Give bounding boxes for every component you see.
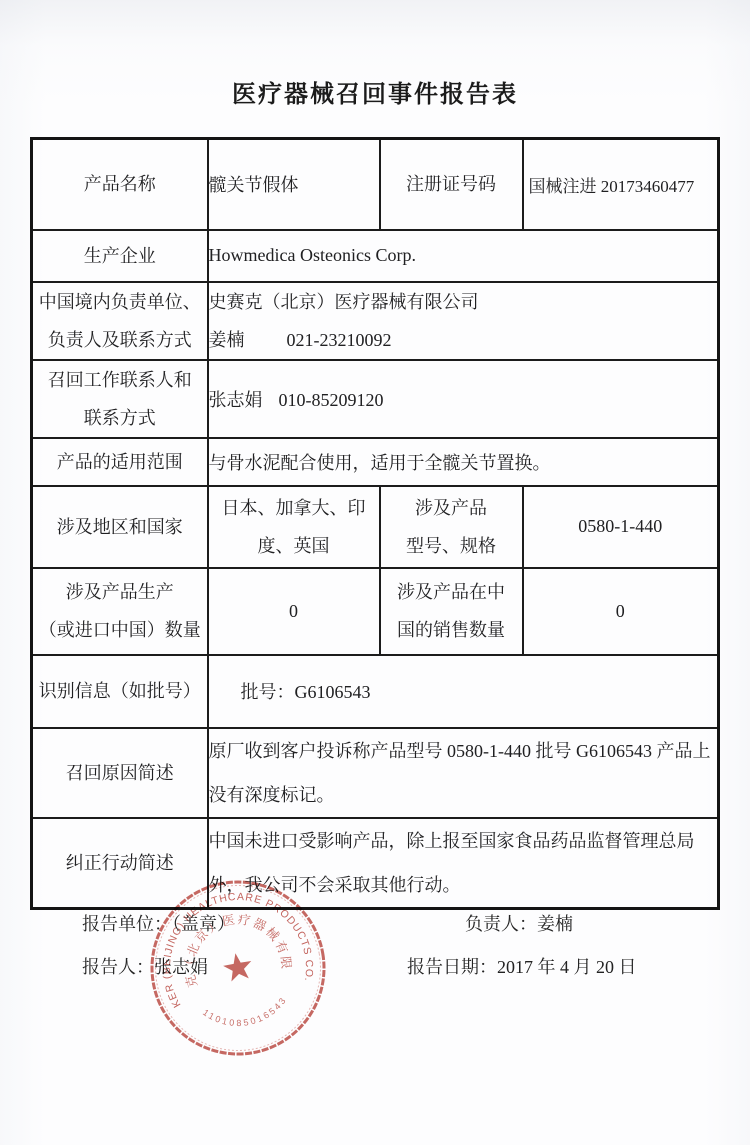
- page-title: 医疗器械召回事件报告表: [0, 74, 750, 109]
- row-recall-reason: 召回原因简述 原厂收到客户投诉称产品型号 0580-1-440 批号 G6106…: [32, 728, 719, 818]
- cell-label-registration-number: 注册证号码: [380, 139, 523, 230]
- cell-value-identification: 批号：G6106543: [208, 655, 719, 728]
- row-applicable-scope: 产品的适用范围 与骨水泥配合使用，适用于全髋关节置换。: [32, 438, 719, 486]
- cell-value-regions: 日本、加拿大、印 度、英国: [208, 486, 380, 568]
- company-seal-stamp: STRYKER (BEIJING) HEALTHCARE PRODUCTS CO…: [146, 876, 330, 1060]
- cell-value-recall-reason: 原厂收到客户投诉称产品型号 0580-1-440 批号 G6106543 产品上…: [208, 728, 719, 818]
- cell-label-identification: 识别信息（如批号）: [32, 655, 208, 728]
- seal-star-icon: [221, 951, 254, 983]
- cell-value-applicable-scope: 与骨水泥配合使用，适用于全髋关节置换。: [208, 438, 719, 486]
- cell-value-recall-contact: 张志娟010-85209120: [208, 360, 719, 438]
- seal-english-text: STRYKER (BEIJING) HEALTHCARE PRODUCTS CO…: [146, 876, 319, 1014]
- cell-label-model-spec: 涉及产品 型号、规格: [380, 486, 523, 568]
- cell-label-china-responsible: 中国境内负责单位、 负责人及联系方式: [32, 282, 208, 360]
- row-quantities: 涉及产品生产 （或进口中国）数量 0 涉及产品在中 国的销售数量 0: [32, 568, 719, 655]
- scanned-report-page: 医疗器械召回事件报告表 产品名称 髋关节假体 注册证号码 国械注进 201734…: [0, 0, 750, 1145]
- cell-label-applicable-scope: 产品的适用范围: [32, 438, 208, 486]
- cell-label-manufacturer: 生产企业: [32, 230, 208, 282]
- cell-label-regions: 涉及地区和国家: [32, 486, 208, 568]
- cell-label-production-quantity: 涉及产品生产 （或进口中国）数量: [32, 568, 208, 655]
- footer-responsible-person: 负责人：姜楠: [465, 910, 573, 936]
- footer-report-date: 报告日期：2017 年 4 月 20 日: [407, 953, 637, 979]
- row-manufacturer: 生产企业 Howmedica Osteonics Corp.: [32, 230, 719, 282]
- cell-label-product-name: 产品名称: [32, 139, 208, 230]
- responsible-contact: 姜楠021-23210092: [209, 321, 718, 359]
- cell-value-registration-number: 国械注进 20173460477: [523, 139, 719, 230]
- cell-value-china-sales-quantity: 0: [523, 568, 719, 655]
- cell-label-china-sales-quantity: 涉及产品在中 国的销售数量: [380, 568, 523, 655]
- report-table: 产品名称 髋关节假体 注册证号码 国械注进 20173460477 生产企业 H…: [30, 137, 720, 910]
- cell-value-model-spec: 0580-1-440: [523, 486, 719, 568]
- row-identification-info: 识别信息（如批号） 批号：G6106543: [32, 655, 719, 728]
- row-china-responsible: 中国境内负责单位、 负责人及联系方式 史赛克（北京）医疗器械有限公司 姜楠021…: [32, 282, 719, 360]
- cell-value-china-responsible: 史赛克（北京）医疗器械有限公司 姜楠021-23210092: [208, 282, 719, 360]
- cell-label-recall-contact: 召回工作联系人和 联系方式: [32, 360, 208, 438]
- cell-value-product-name: 髋关节假体: [208, 139, 380, 230]
- cell-label-recall-reason: 召回原因简述: [32, 728, 208, 818]
- row-regions-involved: 涉及地区和国家 日本、加拿大、印 度、英国 涉及产品 型号、规格 0580-1-…: [32, 486, 719, 568]
- cell-value-production-quantity: 0: [208, 568, 380, 655]
- responsible-company: 史赛克（北京）医疗器械有限公司: [209, 283, 718, 321]
- cell-value-manufacturer: Howmedica Osteonics Corp.: [208, 230, 719, 282]
- seal-registration-number: 1101085016543: [200, 993, 293, 1035]
- row-product-name: 产品名称 髋关节假体 注册证号码 国械注进 20173460477: [32, 139, 719, 230]
- row-corrective-action: 纠正行动简述 中国未进口受影响产品，除上报至国家食品药品监督管理总局外，我公司不…: [32, 818, 719, 909]
- row-recall-contact: 召回工作联系人和 联系方式 张志娟010-85209120: [32, 360, 719, 438]
